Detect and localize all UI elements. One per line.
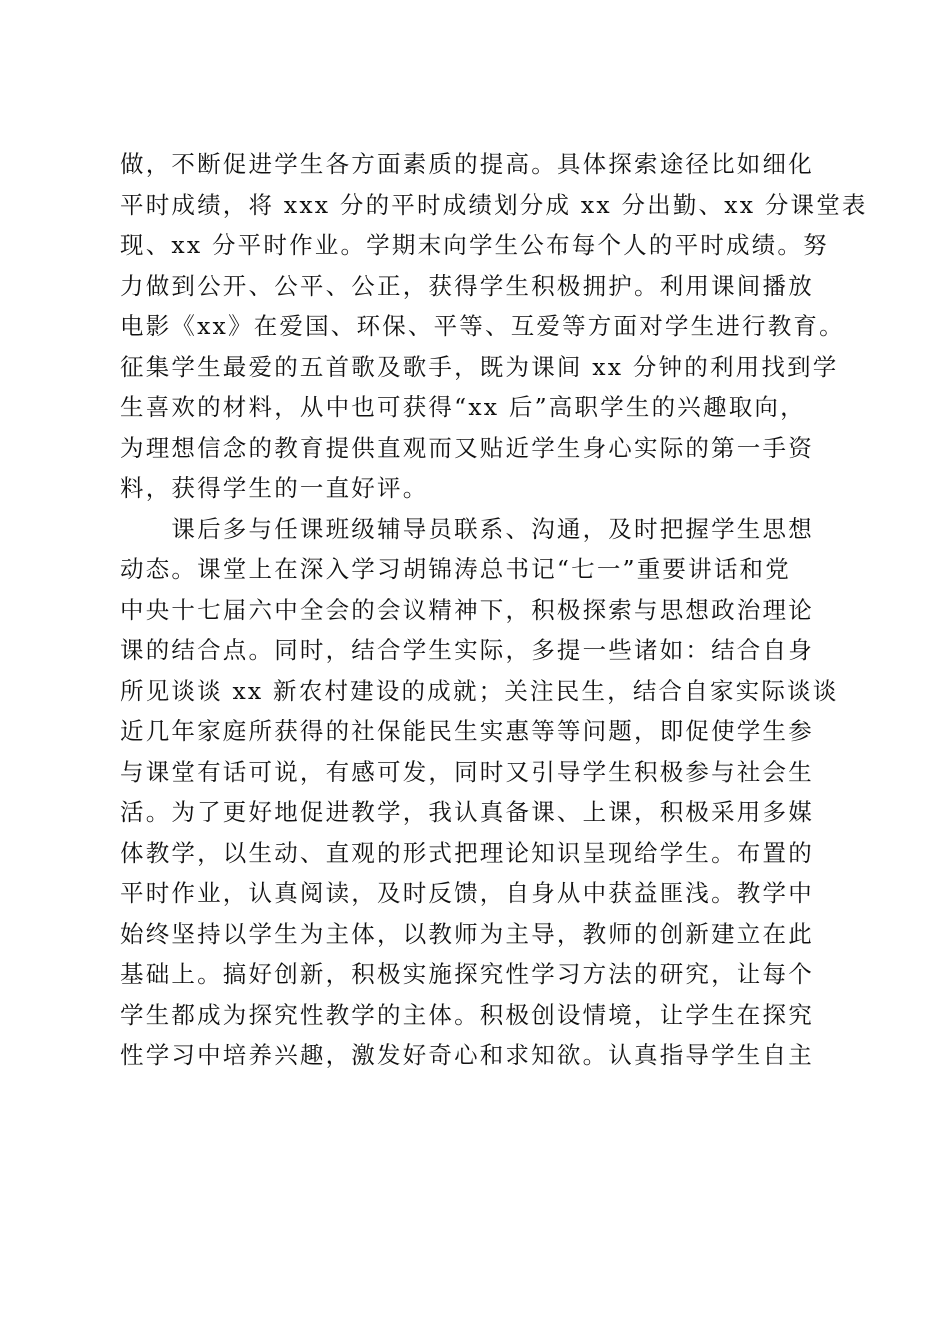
paragraph-2: 课后多与任课班级辅导员联系、沟通，及时把握学生思想 动态。课堂上在深入学习胡锦涛… [120, 509, 860, 1076]
text-line: 生喜欢的材料，从中也可获得“xx 后”高职学生的兴趣取向， [120, 387, 860, 428]
text-line: 为理想信念的教育提供直观而又贴近学生身心实际的第一手资 [120, 428, 860, 469]
text-line: 学生都成为探究性教学的主体。积极创设情境，让学生在探究 [120, 995, 860, 1036]
text-line: 近几年家庭所获得的社保能民生实惠等等问题，即促使学生参 [120, 711, 860, 752]
text-line: 电影《xx》在爱国、环保、平等、互爱等方面对学生进行教育。 [120, 306, 860, 347]
text-line: 基础上。搞好创新，积极实施探究性学习方法的研究，让每个 [120, 954, 860, 995]
text-line: 现、xx 分平时作业。学期末向学生公布每个人的平时成绩。努 [120, 225, 860, 266]
text-line: 所见谈谈 xx 新农村建设的成就；关注民生，结合自家实际谈谈 [120, 671, 860, 712]
document-page: 做，不断促进学生各方面素质的提高。具体探索途径比如细化 平时成绩，将 xxx 分… [0, 0, 950, 1344]
text-line: 课的结合点。同时，结合学生实际，多提一些诸如：结合自身 [120, 630, 860, 671]
paragraph-1: 做，不断促进学生各方面素质的提高。具体探索途径比如细化 平时成绩，将 xxx 分… [120, 144, 860, 509]
text-line: 做，不断促进学生各方面素质的提高。具体探索途径比如细化 [120, 144, 860, 185]
text-line: 平时作业，认真阅读，及时反馈，自身从中获益匪浅。教学中 [120, 873, 860, 914]
text-line: 课后多与任课班级辅导员联系、沟通，及时把握学生思想 [120, 509, 860, 550]
document-body: 做，不断促进学生各方面素质的提高。具体探索途径比如细化 平时成绩，将 xxx 分… [120, 144, 860, 1076]
text-line: 始终坚持以学生为主体，以教师为主导，教师的创新建立在此 [120, 914, 860, 955]
text-line: 活。为了更好地促进教学，我认真备课、上课，积极采用多媒 [120, 792, 860, 833]
text-line: 体教学，以生动、直观的形式把理论知识呈现给学生。布置的 [120, 833, 860, 874]
text-line: 与课堂有话可说，有感可发，同时又引导学生积极参与社会生 [120, 752, 860, 793]
text-line: 性学习中培养兴趣，激发好奇心和求知欲。认真指导学生自主 [120, 1035, 860, 1076]
text-line: 平时成绩，将 xxx 分的平时成绩划分成 xx 分出勤、xx 分课堂表 [120, 185, 860, 226]
text-line: 征集学生最爱的五首歌及歌手，既为课间 xx 分钟的利用找到学 [120, 347, 860, 388]
text-line: 中央十七届六中全会的会议精神下，积极探索与思想政治理论 [120, 590, 860, 631]
text-line: 料，获得学生的一直好评。 [120, 468, 860, 509]
text-line: 动态。课堂上在深入学习胡锦涛总书记“七一”重要讲话和党 [120, 549, 860, 590]
text-line: 力做到公开、公平、公正，获得学生积极拥护。利用课间播放 [120, 266, 860, 307]
